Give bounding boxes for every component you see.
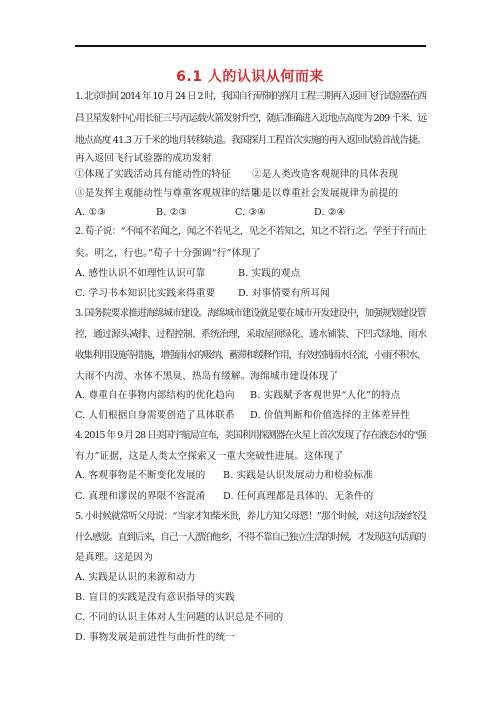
question-text-line: 5. 小时候就常听父母说：“当家才知柴米贵，养儿方知父母恩！”那个时候，对这句话… <box>75 511 426 523</box>
option-b: B. 实践赋予客观世界“人化”的特点 <box>250 390 400 402</box>
option-c: C. ③④ <box>235 207 266 219</box>
option-b: B. ②③ <box>156 207 187 219</box>
option-a: A. ①③ <box>75 207 106 219</box>
option-b: B. 实践是认识发展动力和检验标准 <box>223 470 373 482</box>
option-c: C. 真理和谬误的界限不容混淆 <box>75 491 205 503</box>
question-text-line: 昌卫星发射中心用长征三号丙运载火箭发射升空，随后准确进入近地点高度为 209 千… <box>75 113 426 125</box>
option-d: D. 任何真理都是具体的、无条件的 <box>223 491 373 503</box>
statement: ④是以尊重社会发展规律为前提的 <box>252 188 398 200</box>
question-text-line: 1. 北京时间 2014 年 10 月 24 日 2 时，我国自行研制的探月工程… <box>75 91 426 103</box>
option-c: C. 学习书本知识比实践来得重要 <box>75 288 215 300</box>
question-text-line: 地点高度 41.3 万千米的地月转移轨道。我国探月工程首次实施的再入返回试验首战… <box>75 135 426 147</box>
option-d: D. 对事情要有所耳闻 <box>238 288 330 300</box>
header-rule <box>75 45 426 47</box>
option-a: A. 尊重自在事物内部结构的优化趋向 <box>75 390 235 402</box>
question-text-line: 什么感觉。直到后来，自己一人漂泊他乡，不得不靠自己独立生活的时候，才发现这句话真… <box>75 532 425 544</box>
option-d: D. 价值判断和价值选择的主体差异性 <box>250 410 410 422</box>
page-title: 6.1 人的认识从何而来 <box>0 66 500 86</box>
option-d: D. 事物发展是前进性与曲折性的统一 <box>75 632 235 644</box>
question-text-line: 有力”证据，这是人类太空探索又一重大突破性进展。这体现了 <box>75 451 343 463</box>
statement: ②是人类改造客观规律的具体表现 <box>252 169 398 181</box>
question-text-line: 控，通过源头减排、过程控制、系统治理，采取屋顶绿化、透水铺装、下凹式绿地、雨水 <box>75 329 426 341</box>
option-a: A. 感性认识不如理性认识可靠 <box>75 268 205 280</box>
statement: ③是发挥主观能动性与尊重客观规律的结果 <box>75 188 260 200</box>
option-c: C. 不同的认识主体对人生问题的认识总是不同的 <box>75 612 283 624</box>
option-a: A. 实践是认识的来源和动力 <box>75 572 196 584</box>
option-b: B. 盲目的实践是没有意识指导的实践 <box>75 592 235 604</box>
question-text-line: 收集利用设施等措施，增强雨水的吸纳、蓄滞和缓释作用，有效控制雨水径流，小雨不积水… <box>75 350 425 362</box>
question-text-line: 大雨不内涝、水体不黑臭、热岛有缓解。海绵城市建设体现了 <box>75 371 338 383</box>
question-text-line: 4. 2015 年 9 月 28 日美国宇航局宣布，美国利用探测器在火星上首次发… <box>75 430 426 442</box>
question-text-line: 2. 荀子说：“不闻不若闻之，闻之不若见之，见之不若知之，知之不若行之。学至于行… <box>75 226 426 238</box>
question-text-line: 3. 国务院要求推进海绵城市建设。海绵城市建设就是要在城市开发建设中，加强规划建… <box>75 308 426 320</box>
question-text-line: 是真理。这是因为 <box>75 552 153 564</box>
option-d: D. ②④ <box>314 207 345 219</box>
option-c: C. 人们根据自身需要创造了具体联系 <box>75 410 235 422</box>
statement: ①体现了实践活动具有能动性的特征 <box>75 169 231 181</box>
question-text-line: 再入返回飞行试验器的成功发射 <box>75 153 211 165</box>
option-b: B. 实践的观点 <box>238 268 300 280</box>
question-text-line: 矣。明之，行也。”荀子十分强调“行”体现了 <box>75 248 261 260</box>
option-a: A. 客观事物是不断变化发展的 <box>75 470 205 482</box>
